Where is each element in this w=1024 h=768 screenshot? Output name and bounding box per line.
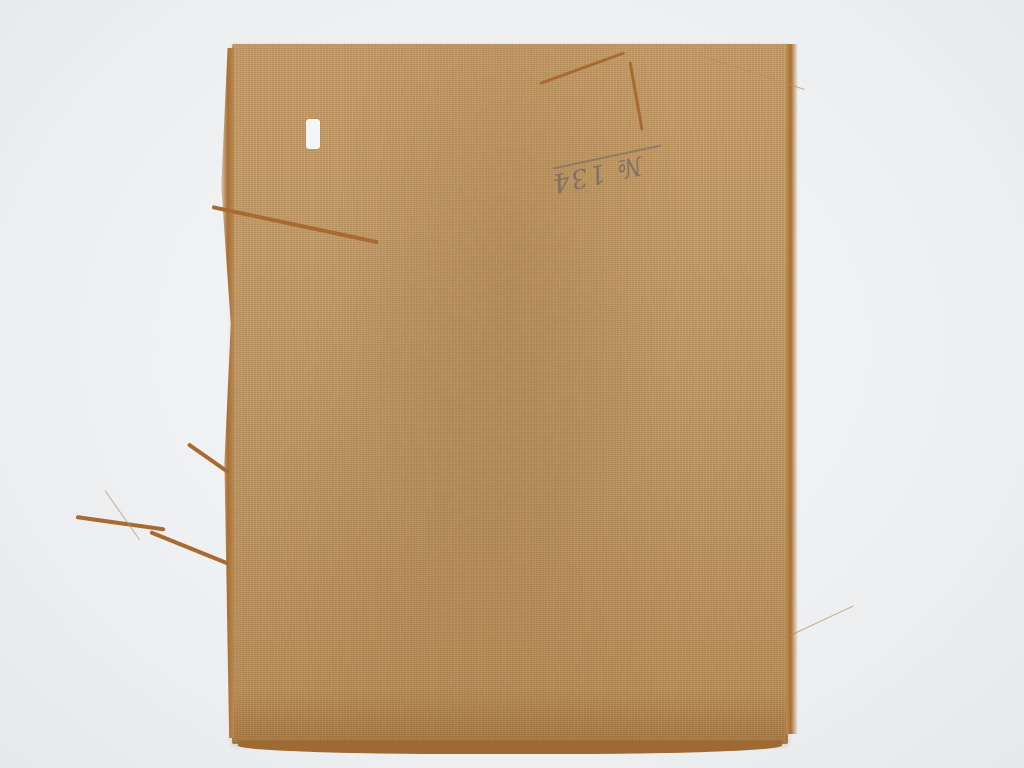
inventory-label-sticker: [306, 119, 320, 149]
handwritten-inscription: № 134: [548, 150, 645, 199]
folded-bottom-edge: [238, 740, 782, 754]
frayed-right-edge: [786, 44, 798, 734]
canvas-back-fabric: № 134: [232, 44, 788, 744]
